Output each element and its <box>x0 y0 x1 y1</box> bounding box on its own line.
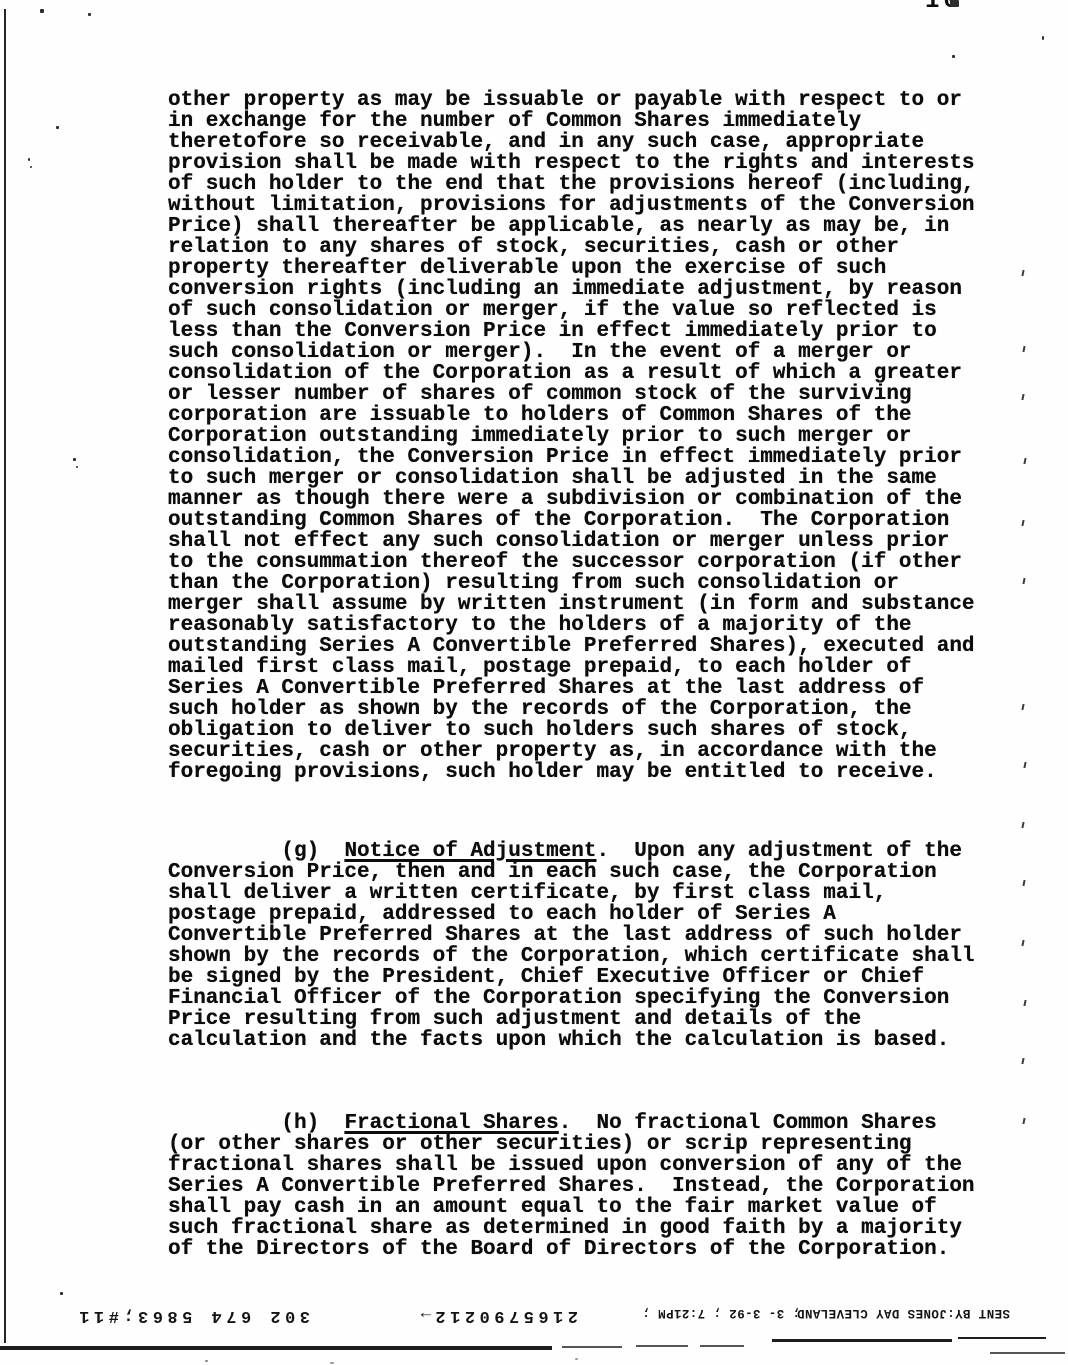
scan-line-segment <box>958 1337 1046 1339</box>
clause-g-label: (g) <box>168 840 344 863</box>
scan-speck <box>205 1360 208 1362</box>
scan-tick <box>1021 270 1024 276</box>
clause-h-heading: Fractional Shares <box>344 1112 558 1135</box>
scan-speck <box>73 458 76 461</box>
scan-edge-line <box>4 9 6 1343</box>
scan-tick <box>1022 578 1025 584</box>
fax-transmission-line: SENT BY:JONES DAY CLEVELAND ; 3- 3-92 ; … <box>0 1303 1068 1335</box>
scan-speck <box>28 158 30 161</box>
clause-h-label: (h) <box>168 1112 344 1135</box>
fax-datetime: ; 3- 3-92 ; 7:21PM ; <box>642 1306 800 1320</box>
fax-to-number: 302 674 5863;#11 <box>75 1306 310 1325</box>
clause-g-paragraph: (g) Notice of Adjustment. Upon any adjus… <box>168 841 1008 1051</box>
scan-speck <box>1042 36 1044 40</box>
scan-line-segment <box>772 1339 952 1342</box>
scan-speck <box>76 466 78 468</box>
scan-line-segment <box>990 1352 1065 1354</box>
scan-tick <box>1021 940 1024 946</box>
scan-tick <box>1021 394 1024 400</box>
fax-sender: SENT BY:JONES DAY CLEVELAND <box>797 1306 1010 1320</box>
document-body: other property as may be issuable or pay… <box>168 48 1008 1302</box>
scan-speck <box>575 1358 578 1360</box>
scanned-document-page: 10 other property as may be issuable or … <box>0 0 1068 1365</box>
clause-h-heading-suffix: . No fractional Common Shares <box>559 1112 937 1135</box>
scan-speck <box>56 126 59 129</box>
scan-speck <box>88 13 91 16</box>
scan-speck <box>60 1292 63 1295</box>
scan-tick <box>1023 458 1026 464</box>
scan-tick <box>1021 704 1024 710</box>
scan-tick <box>1022 880 1025 886</box>
scan-line-segment <box>636 1345 688 1347</box>
scan-line-segment <box>0 1346 552 1350</box>
scan-tick <box>1021 520 1024 526</box>
clause-g-heading: Notice of Adjustment <box>344 840 596 863</box>
scan-speck <box>330 1362 334 1364</box>
scan-speck <box>950 0 959 7</box>
fax-from-number: 2165790212→ <box>416 1306 578 1325</box>
scan-tick <box>1021 822 1024 828</box>
scan-speck <box>30 166 32 168</box>
clause-h-paragraph: (h) Fractional Shares. No fractional Com… <box>168 1113 1008 1260</box>
clause-h-body: (or other shares or other securities) or… <box>168 1133 975 1261</box>
scan-tick <box>1023 762 1026 768</box>
scan-tick <box>1021 1058 1024 1064</box>
scan-speck <box>40 9 44 13</box>
scan-tick <box>1023 1000 1026 1006</box>
scan-tick <box>1022 346 1025 352</box>
scan-speck <box>952 55 955 58</box>
clause-g-body: Conversion Price, then and in each such … <box>168 861 975 1052</box>
paragraph-continuation: other property as may be issuable or pay… <box>168 90 1008 783</box>
scan-line-segment <box>700 1345 744 1347</box>
clause-g-heading-suffix: . Upon any adjustment of the <box>596 840 961 863</box>
scan-tick <box>1022 1118 1025 1124</box>
scan-line-segment <box>562 1346 622 1348</box>
